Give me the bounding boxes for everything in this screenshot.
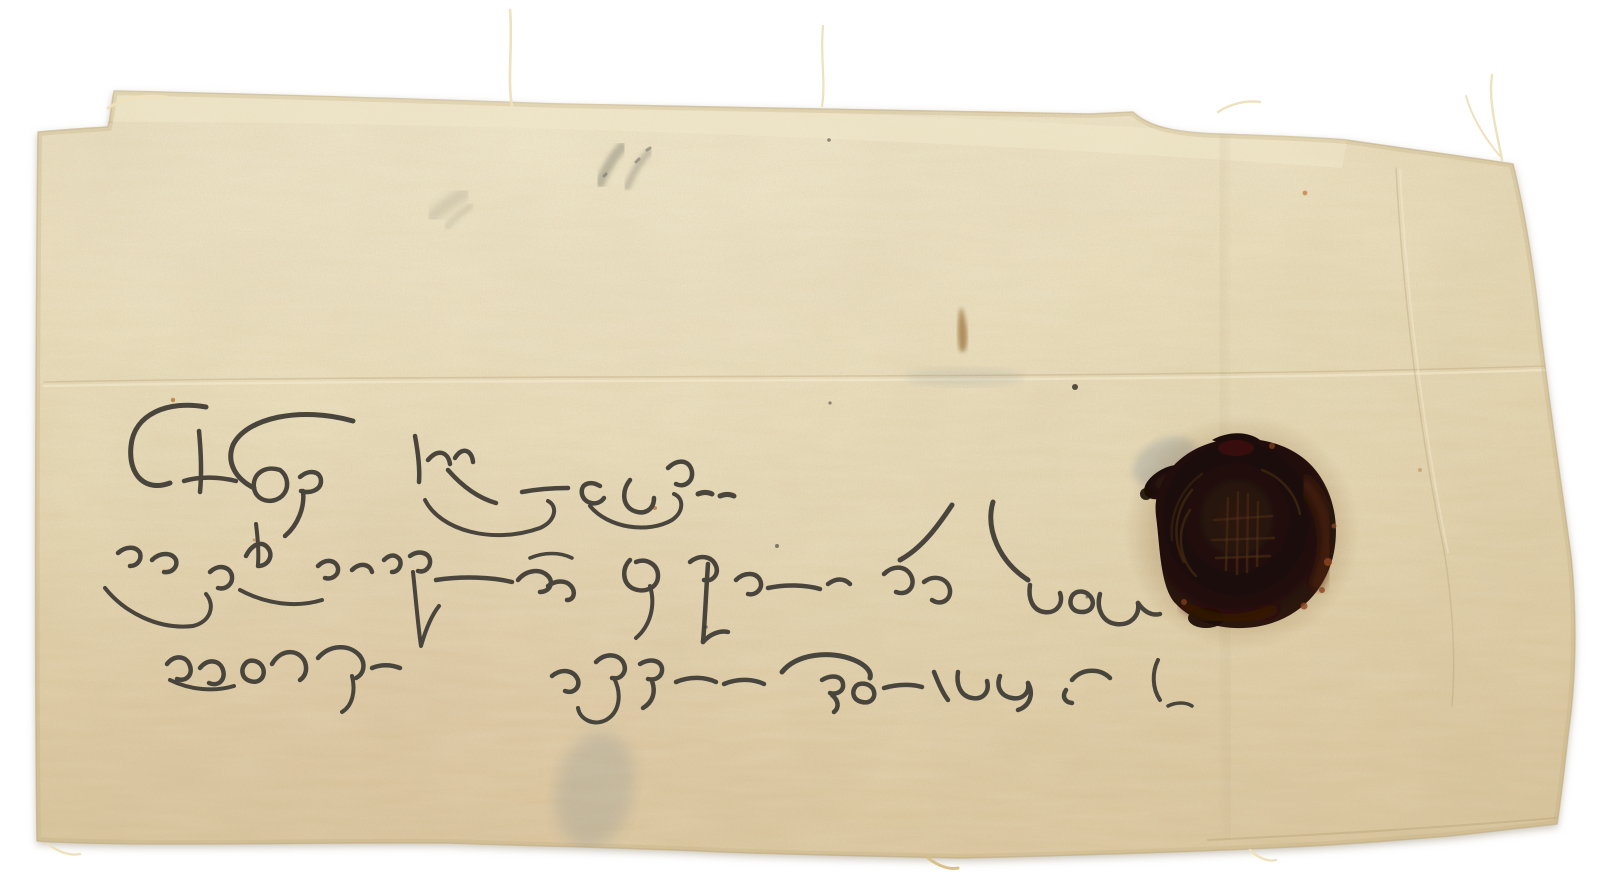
paper-fiber bbox=[822, 26, 823, 106]
wax-seal bbox=[1124, 414, 1360, 650]
scan-canvas bbox=[0, 0, 1600, 893]
letter-scan bbox=[0, 0, 1600, 893]
grey-band-mid bbox=[905, 368, 1025, 386]
